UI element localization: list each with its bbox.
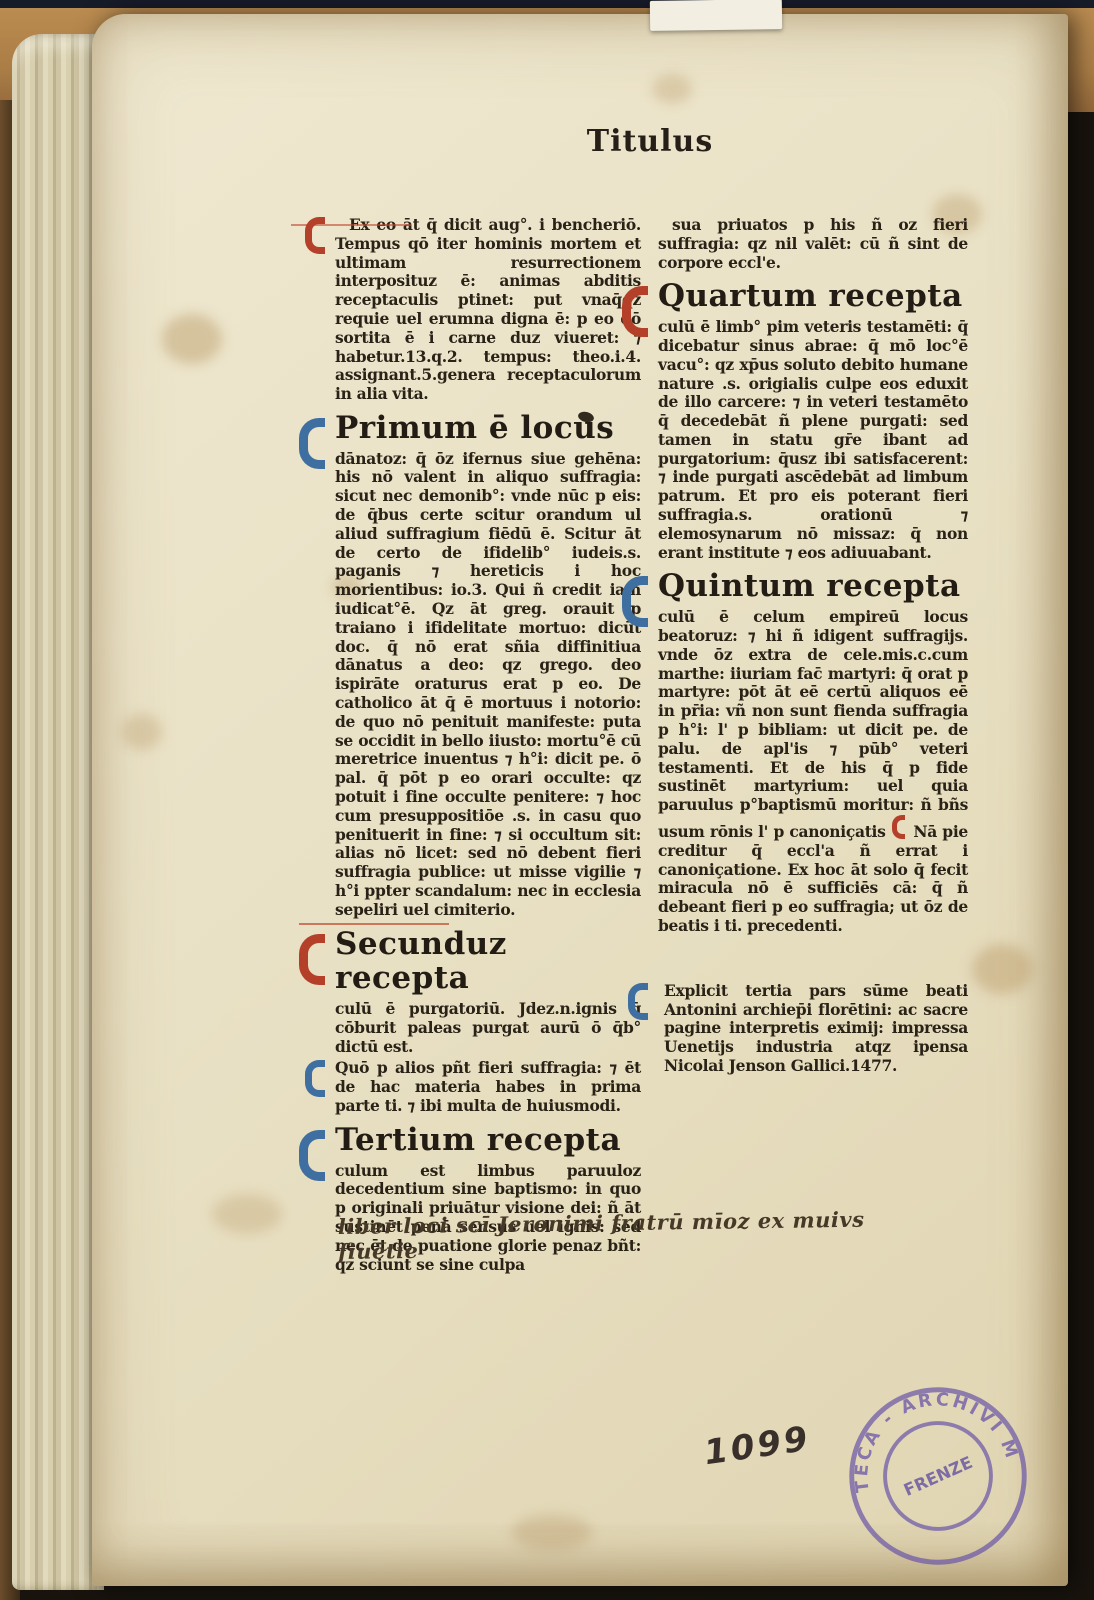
foxing-stain bbox=[512, 1514, 592, 1550]
book-fore-edge-pages bbox=[12, 34, 104, 1590]
section-heading-secundum: Secunduz recepta bbox=[335, 927, 641, 996]
bookmark-tab bbox=[650, 0, 782, 31]
running-title: Titulus bbox=[490, 124, 810, 159]
section-heading-primum: Primum ē locus bbox=[335, 411, 641, 446]
section-heading-quartum: Quartum recepta bbox=[658, 279, 968, 314]
suffrage-note-paragraph: Quō p alios pñt fieri suffragia: ⁊ ēt de… bbox=[335, 1059, 641, 1115]
section-body-primum: dānatoz: q̄ ōz ifernus siue gehēna: his … bbox=[335, 450, 641, 920]
paragraph-mark-icon bbox=[299, 934, 325, 985]
foxing-stain bbox=[652, 74, 692, 104]
paragraph-mark-icon bbox=[299, 418, 325, 469]
foxing-stain bbox=[162, 314, 222, 364]
section-heading-text: Quintum recepta bbox=[658, 568, 961, 604]
inline-paragraph-mark-icon bbox=[892, 815, 905, 839]
paragraph-mark-icon bbox=[305, 217, 325, 254]
text-column-left: Ex eo āt q̄ dicit aug°. i bencheriō. Tem… bbox=[335, 216, 641, 1277]
section-body-quintum: culū ē celum empireū locus beatoruz: ⁊ h… bbox=[658, 608, 968, 936]
ownership-inscription: liber loci scī Jeronimi fratrū mīoz ex m… bbox=[338, 1206, 919, 1264]
carryover-paragraph: sua priuatos p his ñ oz fieri suffragia:… bbox=[658, 216, 968, 272]
paragraph-mark-icon bbox=[622, 576, 648, 627]
paragraph-mark-icon bbox=[628, 983, 648, 1020]
photographed-book-page: { "running_title": "Titulus", "accent_co… bbox=[0, 0, 1094, 1600]
quintum-body-before-mark: culū ē celum empireū locus beatoruz: ⁊ h… bbox=[658, 607, 968, 841]
foxing-stain bbox=[972, 944, 1032, 994]
paragraph-mark-icon bbox=[305, 1060, 325, 1097]
section-heading-tertium: Tertium recepta bbox=[335, 1123, 641, 1158]
library-stamp: TECA - ARCHIVI MUS FRENZE bbox=[817, 1355, 1059, 1597]
paragraph-mark-icon bbox=[622, 286, 648, 337]
stamp-center-text: FRENZE bbox=[901, 1453, 975, 1500]
text-column-right: sua priuatos p his ñ oz fieri suffragia:… bbox=[658, 216, 968, 1079]
book-page: Titulus Ex eo āt q̄ dicit aug°. i benche… bbox=[92, 14, 1068, 1586]
section-body-secundum: culū ē purgatoriū. Jdez.n.ignis q̄ cōbur… bbox=[335, 1000, 641, 1056]
library-stamp-graphic: TECA - ARCHIVI MUS FRENZE bbox=[817, 1355, 1059, 1597]
foxing-stain bbox=[122, 714, 162, 750]
section-body-quartum: culū ē limb° pim veteris testamēti: q̄ d… bbox=[658, 318, 968, 562]
foxing-stain bbox=[212, 1194, 282, 1234]
section-heading-text: Primum ē locus bbox=[335, 410, 614, 446]
colophon-paragraph: Explicit tertia pars sūme beati Antonini… bbox=[658, 982, 968, 1076]
section-heading-text: Tertium recepta bbox=[335, 1122, 621, 1158]
intro-paragraph: Ex eo āt q̄ dicit aug°. i bencheriō. Tem… bbox=[335, 216, 641, 404]
intro-paragraph-text: Ex eo āt q̄ dicit aug°. i bencheriō. Tem… bbox=[335, 215, 641, 403]
section-heading-text: Quartum recepta bbox=[658, 278, 963, 314]
shelf-number: 1099 bbox=[702, 1419, 813, 1473]
colophon-text: Explicit tertia pars sūme beati Antonini… bbox=[664, 981, 968, 1075]
section-heading-text: Secunduz recepta bbox=[335, 926, 507, 997]
suffrage-note-text: Quō p alios pñt fieri suffragia: ⁊ ēt de… bbox=[335, 1058, 641, 1115]
paragraph-mark-icon bbox=[299, 1130, 325, 1181]
section-heading-quintum: Quintum recepta bbox=[658, 569, 968, 604]
